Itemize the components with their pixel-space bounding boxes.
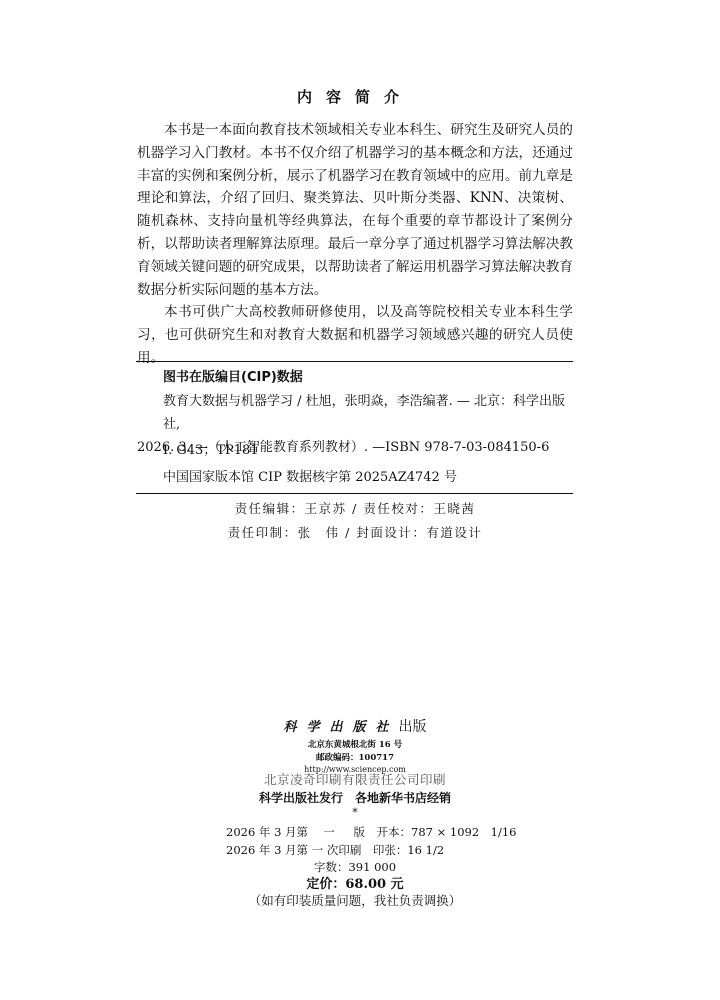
cip-csn: 中国国家版本馆 CIP 数据核字第 2025AZ4742 号 xyxy=(163,468,457,488)
introduction-paragraph: 本书可供广大高校教师研修使用，以及高等院校相关专业本科生学习，也可供研究生和对教… xyxy=(137,301,573,369)
publisher-logo: 科学出版社 xyxy=(283,720,398,735)
publisher-address: 北京东黄城根北街 16 号 xyxy=(0,738,710,752)
cip-top-rule xyxy=(136,361,573,362)
separator-star: * xyxy=(0,806,710,820)
cip-bottom-rule xyxy=(136,493,573,494)
cip-heading: 图书在版编目(CIP)数据 xyxy=(163,368,303,388)
publisher-line: 科学出版社出版 xyxy=(0,716,710,739)
printer: 北京凌奇印刷有限责任公司印刷 xyxy=(0,771,710,789)
printing-info: 2026 年 3 月第 一 次印刷 印张：16 1/2 xyxy=(226,841,444,859)
distribution: 科学出版社发行 各地新华书店经销 xyxy=(0,789,710,807)
cip-classification: Ⅰ. G43；TP181 xyxy=(163,441,259,461)
cip-record-line: 教育大数据与机器学习 / 杜旭，张明焱，李浩编著. — 北京：科学出版社, xyxy=(137,390,573,436)
quality-notice: （如有印装质量问题，我社负责调换） xyxy=(0,892,710,910)
staff-editors: 责任编辑：王京苏 / 责任校对：王晓茜 xyxy=(0,499,710,519)
introduction-body: 本书是一本面向教育技术领域相关专业本科生、研究生及研究人员的机器学习入门教材。本… xyxy=(137,119,573,370)
word-count: 字数：391 000 xyxy=(0,858,710,876)
introduction-paragraph: 本书是一本面向教育技术领域相关专业本科生、研究生及研究人员的机器学习入门教材。本… xyxy=(137,119,573,301)
staff-production: 责任印制：张 伟 / 封面设计：有道设计 xyxy=(0,523,710,543)
introduction-title: 内容简介 xyxy=(0,86,710,108)
publisher-suffix: 出版 xyxy=(399,719,427,735)
edition-info: 2026 年 3 月第 一 版 开本：787 × 1092 1/16 xyxy=(226,823,517,841)
